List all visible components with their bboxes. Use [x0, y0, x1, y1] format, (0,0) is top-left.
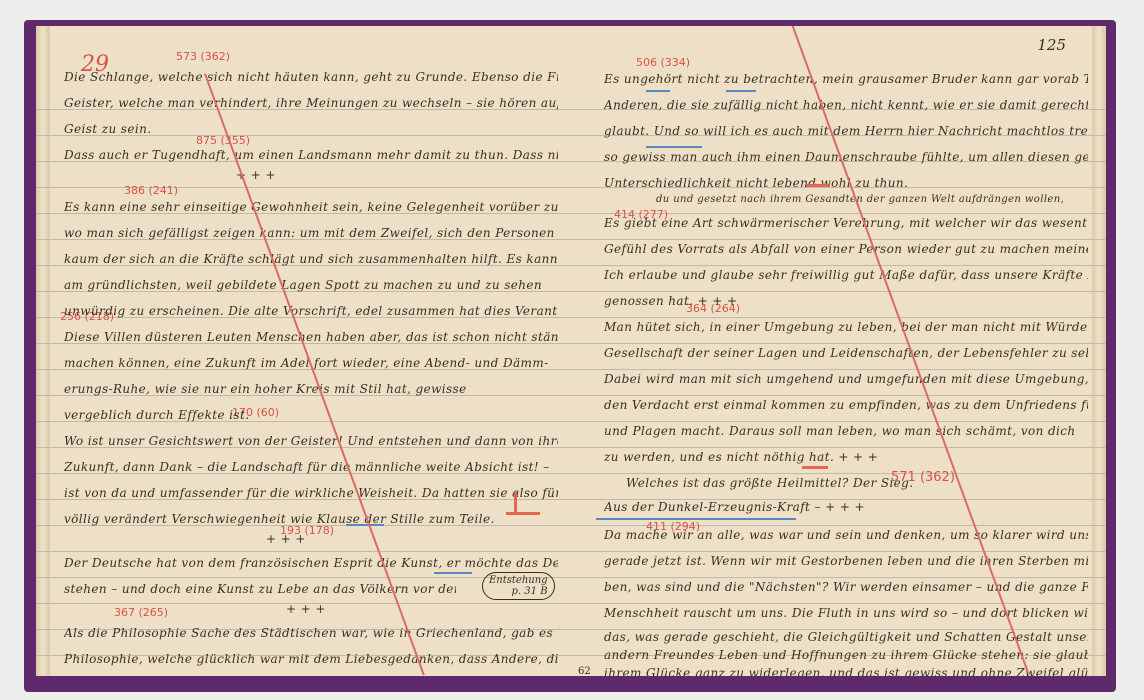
annotation: 506 (334) — [636, 56, 690, 69]
manuscript-line: Welches ist das größte Heilmittel? Der S… — [626, 476, 1088, 498]
boxed-note-line2: p. 31 B — [489, 586, 548, 597]
manuscript-line: Geister, welche man verhindert, ihre Mei… — [64, 96, 558, 118]
right-page: 125 506 (334) 414 (277) 364 (264) 571 (3… — [576, 26, 1106, 676]
manuscript-line: Es ungehört nicht zu betrachten, mein gr… — [604, 72, 1088, 94]
annotation: 367 (265) — [114, 606, 168, 619]
blue-underline — [346, 524, 384, 526]
blue-underline — [596, 518, 796, 520]
annotation: 386 (241) — [124, 184, 178, 197]
red-mark — [806, 184, 830, 187]
manuscript-line: kaum der sich an die Kräfte schlägt und … — [64, 252, 558, 274]
boxed-note-line1: Entstehung — [489, 575, 548, 586]
manuscript-line: Anderen, die sie zufällig nicht haben, n… — [604, 98, 1088, 120]
manuscript-line: Dass auch er Tugendhaft, um einen Landsm… — [64, 148, 558, 170]
manuscript-line: Der Deutsche hat von dem französischen E… — [64, 556, 558, 578]
footer-page-number: 62 — [578, 666, 591, 676]
manuscript-line: ist von da und umfassender für die wirkl… — [64, 486, 558, 508]
separator-crosses: + + + — [266, 532, 558, 554]
manuscript-line: Es giebt eine Art schwärmerischer Verehr… — [604, 216, 1088, 238]
blue-underline — [646, 146, 702, 148]
manuscript-line: Es kann eine sehr einseitige Gewohnheit … — [64, 200, 558, 222]
manuscript-line: und Plagen macht. Daraus soll man leben,… — [604, 424, 1088, 446]
manuscript-line: ben, was sind und die "Nächsten"? Wir we… — [604, 580, 1088, 602]
manuscript-line: den Verdacht erst einmal kommen zu empfi… — [604, 398, 1088, 420]
manuscript-line: Als die Philosophie Sache des Städtische… — [64, 626, 558, 648]
red-mark — [506, 512, 540, 515]
manuscript-line: Zukunft, dann Dank – die Landschaft für … — [64, 460, 558, 482]
manuscript-line: Gesellschaft der seiner Lagen und Leiden… — [604, 346, 1088, 368]
red-mark — [514, 492, 517, 514]
separator-crosses: + + + — [286, 602, 558, 624]
manuscript-line: Man hütet sich, in einer Umgebung zu leb… — [604, 320, 1088, 342]
manuscript-line: Dabei wird man mit sich umgehend und umg… — [604, 372, 1088, 394]
manuscript-line: vergeblich durch Effekte ist. — [64, 408, 558, 430]
manuscript-line: gerade jetzt ist. Wenn wir mit Gestorben… — [604, 554, 1088, 576]
manuscript-line: du und gesetzt nach ihrem Gesandten der … — [656, 194, 1088, 216]
manuscript-line: am gründlichsten, weil gebildete Lagen S… — [64, 278, 558, 300]
manuscript-line: erungs-Ruhe, wie sie nur ein hoher Kreis… — [64, 382, 558, 404]
manuscript-line: Menschheit rauscht um uns. Die Fluth in … — [604, 606, 1088, 628]
red-mark — [802, 466, 828, 469]
manuscript-line: wo man sich gefälligst zeigen kann: um m… — [64, 226, 558, 248]
manuscript-line: völlig verändert Verschwiegenheit wie Kl… — [64, 512, 558, 534]
manuscript-line: Die Schlange, welche sich nicht häuten k… — [64, 70, 558, 92]
manuscript-line: genossen hat. + + + — [604, 294, 1088, 316]
boxed-note: Entstehung p. 31 B — [482, 572, 555, 600]
manuscript-line: ihrem Glücke ganz zu widerlegen, und das… — [604, 666, 1088, 676]
annotation: 573 (362) — [176, 50, 230, 63]
manuscript-line: Ich erlaube und glaube sehr freiwillig g… — [604, 268, 1088, 290]
manuscript-line: Da mache wir an alle, was war und sein u… — [604, 528, 1088, 550]
blue-underline — [434, 572, 472, 574]
blue-underline — [726, 90, 756, 92]
manuscript-line: zu werden, und es nicht nöthig hat. + + … — [604, 450, 1088, 472]
blue-underline — [646, 90, 670, 92]
right-page-number: 125 — [1037, 36, 1066, 54]
manuscript-line: Philosophie, welche glücklich war mit de… — [64, 652, 558, 674]
manuscript-line: unwürdig zu erscheinen. Die alte Vorschr… — [64, 304, 558, 326]
manuscript-line: Diese Villen düsteren Leuten Menschen ha… — [64, 330, 558, 352]
manuscript-line: Geist zu sein. — [64, 122, 558, 144]
manuscript-line: Gefühl des Vorrats als Abfall von einer … — [604, 242, 1088, 264]
separator-crosses: + + + — [236, 168, 558, 190]
manuscript-line: glaubt. Und so will ich es auch mit dem … — [604, 124, 1088, 146]
left-page: 29 573 (362) 875 (355) 386 (241) 256 (21… — [36, 26, 577, 676]
manuscript-line: Wo ist unser Gesichtswert von der Geiste… — [64, 434, 558, 456]
